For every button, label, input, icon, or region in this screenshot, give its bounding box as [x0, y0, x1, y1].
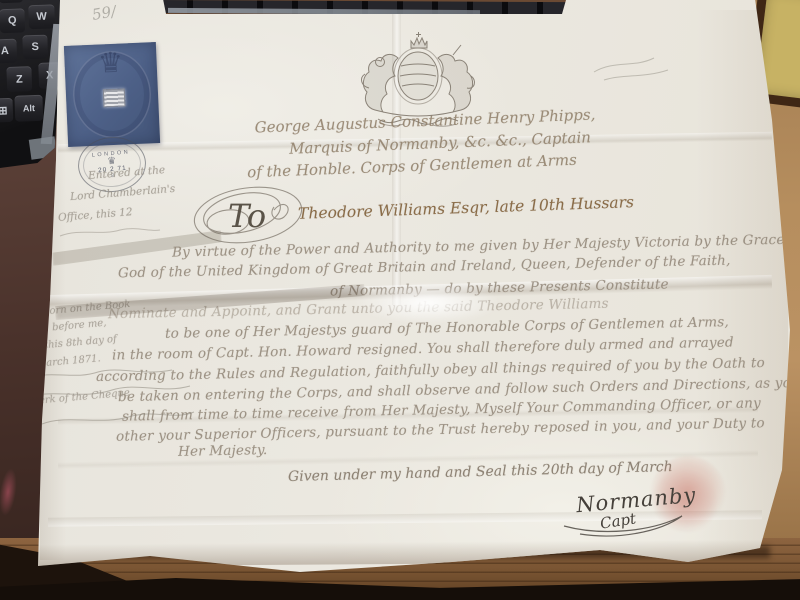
- keyboard-key-w: W: [28, 4, 55, 29]
- keyboard-key-partial: [0, 0, 23, 3]
- margin-scribble: [56, 224, 166, 244]
- blue-embossed-seal: ♛: [64, 42, 160, 147]
- addressee-line: Theodore Williams Esqr, late 10th Hussar…: [298, 193, 634, 223]
- photo-of-document: Q W A S Z X ⊞ Alt ♛: [0, 0, 800, 600]
- keyboard-key-win: ⊞: [0, 98, 13, 123]
- margin-entered-line: Lord Chamberlain's: [70, 183, 176, 203]
- pencil-scribble: [590, 52, 690, 88]
- key-label: Alt: [23, 103, 35, 113]
- key-label: Z: [16, 73, 23, 85]
- key-label: Q: [8, 15, 17, 27]
- key-label: W: [36, 11, 47, 23]
- parchment-document: ♛ LONDON ♛ 20 2 71 B 59/: [0, 0, 800, 600]
- seal-crown-icon: ♛: [64, 44, 157, 81]
- windows-key-icon: ⊞: [0, 104, 8, 117]
- margin-entered-line: Office, this 12: [58, 206, 133, 224]
- key-label: A: [1, 45, 9, 57]
- to-word: To: [228, 197, 266, 235]
- pencil-note: 59/: [91, 2, 118, 24]
- keyboard-key-alt: Alt: [14, 95, 43, 122]
- keyboard-key-a: A: [0, 39, 17, 64]
- postmark-city: LONDON: [92, 149, 131, 158]
- body-line: Her Majesty.: [178, 442, 268, 460]
- keyboard-key-q: Q: [0, 8, 25, 33]
- seal-silver-foil: [103, 88, 126, 107]
- keyboard-key-s: S: [22, 35, 48, 60]
- key-label: S: [31, 41, 39, 53]
- keyboard-key-z: Z: [6, 66, 32, 92]
- postmark-crown-icon: ♛: [107, 156, 117, 166]
- fold-glare-highlight: [352, 282, 502, 324]
